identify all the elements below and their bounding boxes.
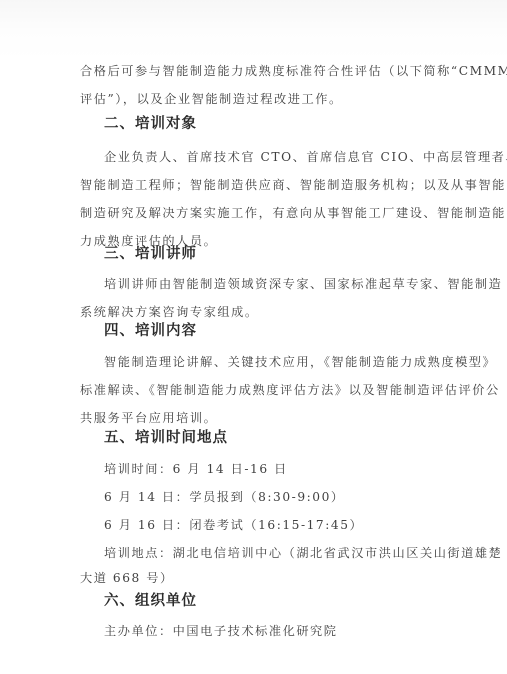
content-line-3: 共服务平台应用培训。: [80, 410, 217, 426]
section-heading-organizers: 六、组织单位: [104, 592, 197, 610]
organizer-line-1: 主办单位：中国电子技术标准化研究院: [104, 623, 338, 639]
location-line-1: 培训地点：湖北电信培训中心（湖北省武汉市洪山区关山街道雄楚: [104, 545, 502, 561]
content-line-1: 智能制造理论讲解、关键技术应用，《智能制造能力成熟度模型》: [104, 354, 496, 370]
trainees-line-2: 智能制造工程师；智能制造供应商、智能制造服务机构；以及从事智能: [80, 177, 506, 193]
schedule-line-1: 培训时间：6 月 14 日-16 日: [104, 461, 288, 477]
instructors-line-1: 培训讲师由智能制造领域资深专家、国家标准起草专家、智能制造: [104, 276, 502, 292]
schedule-line-2: 6 月 14 日：学员报到（8:30-9:00）: [104, 489, 345, 505]
trainees-line-3: 制造研究及解决方案实施工作，有意向从事智能工厂建设、智能制造能: [80, 205, 506, 221]
section-heading-content: 四、培训内容: [104, 322, 197, 340]
section-heading-time-location: 五、培训时间地点: [104, 429, 228, 447]
schedule-line-3: 6 月 16 日：闭卷考试（16:15-17:45）: [104, 517, 363, 533]
intro-line-2: 评估”），以及企业智能制造过程改进工作。: [80, 91, 343, 107]
location-line-2: 大道 668 号）: [80, 570, 174, 586]
content-line-2: 标准解读、《智能制造能力成熟度评估方法》以及智能制造评估评价公: [80, 382, 500, 398]
intro-line-1: 合格后可参与智能制造能力成熟度标准符合性评估（以下简称“CMMM: [80, 63, 507, 79]
trainees-line-1: 企业负责人、首席技术官 CTO、首席信息官 CIO、中高层管理者、: [104, 149, 507, 165]
section-heading-trainees: 二、培训对象: [104, 115, 197, 133]
instructors-line-2: 系统解决方案咨询专家组成。: [80, 304, 259, 320]
document-page: 合格后可参与智能制造能力成熟度标准符合性评估（以下简称“CMMM 评估”），以及…: [0, 0, 507, 674]
section-heading-instructors: 三、培训讲师: [104, 245, 197, 263]
